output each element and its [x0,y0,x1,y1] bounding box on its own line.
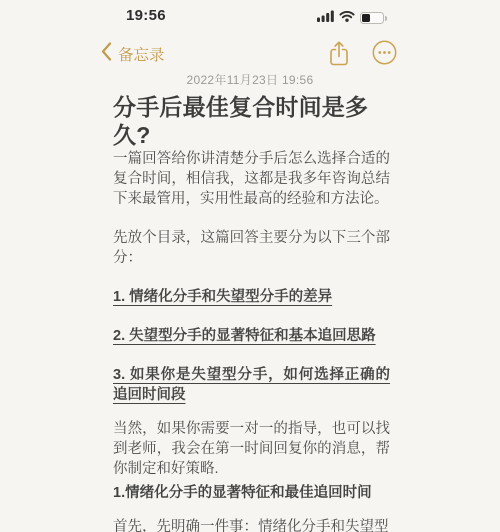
note-date: 2022年11月23日 19:56 [0,71,500,88]
paragraph-guidance: 当然，如果你需要一对一的指导，也可以找到老师，我会在第一时间回复你的消息，帮你制… [113,419,390,479]
cellular-signal-icon [317,9,334,27]
toc-item-2[interactable]: 2. 失望型分手的显著特征和基本追回思路 [113,326,390,346]
battery-tip [385,16,388,21]
battery-fill [362,14,370,22]
status-time: 19:56 [126,7,166,24]
note-body[interactable]: 一篇回答给你讲清楚分手后怎么选择合适的复合时间，相信我，这都是我多年咨询总结下来… [113,149,390,532]
note-title: 分手后最佳复合时间是多久? [113,93,395,149]
wifi-icon [339,9,355,27]
paragraph-intro: 一篇回答给你讲清楚分手后怎么选择合适的复合时间，相信我，这都是我多年咨询总结下来… [113,149,390,209]
share-icon[interactable] [328,40,350,72]
battery-icon [360,12,384,24]
paragraph-body-start: 首先，先明确一件事：情绪化分手和失望型 [113,517,390,532]
toc-item-3[interactable]: 3. 如果你是失望型分手，如何选择正确的追回时间段 [113,365,390,405]
section-heading: 1.情绪化分手的显著特征和最佳追回时间 [113,483,390,503]
back-label: 备忘录 [118,43,165,65]
status-icons [317,11,384,24]
back-button[interactable]: 备忘录 [101,42,165,66]
toc-item-1[interactable]: 1. 情绪化分手和失望型分手的差异 [113,287,390,307]
paragraph-toc-intro: 先放个目录，这篇回答主要分为以下三个部分： [113,228,390,268]
chevron-left-icon [101,42,112,66]
notes-app-screen: 19:56 [0,0,500,532]
more-icon[interactable] [372,40,397,70]
